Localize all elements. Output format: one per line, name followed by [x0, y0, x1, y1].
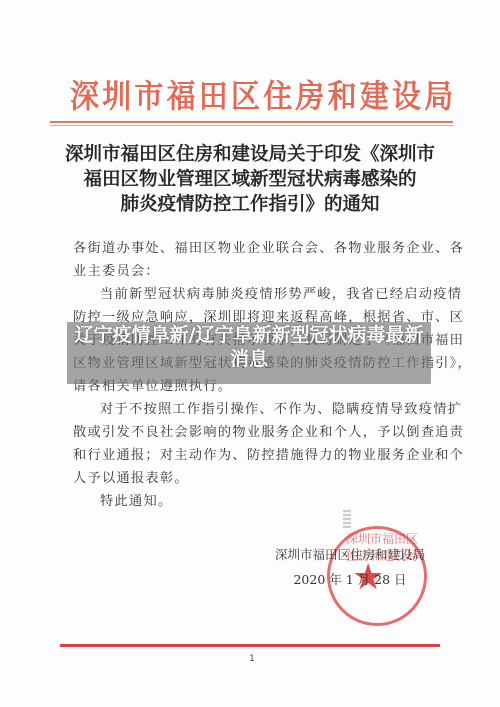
body-line: 散或引发不良社会影响的物业服务企业和个人，予以倒查追责: [73, 421, 433, 444]
body-line: 各街道办事处、福田区物业企业联合会、各物业服务企业、各: [73, 237, 433, 260]
title-line: 肺炎疫情防控工作指引》的通知: [60, 192, 440, 217]
body-line: 和行业通报；对主动作为、防控措施得力的物业服务企业和个: [73, 444, 433, 467]
document-title: 深圳市福田区住房和建设局关于印发《深圳市 福田区物业管理区域新型冠状病毒感染的 …: [60, 142, 440, 217]
body-line: 对于不按照工作指引操作、不作为、隐瞒疫情导致疫情扩: [73, 398, 433, 421]
masthead-issuer: 深圳市福田区住房和建设局: [70, 76, 432, 116]
body-line: 人予以通报表彰。: [73, 467, 433, 490]
page-number: 1: [246, 654, 258, 664]
staple-mark: [343, 510, 351, 528]
masthead-rule: [50, 121, 453, 123]
signature-date: 2020 年 1 月 28 日: [270, 567, 430, 592]
title-line: 福田区物业管理区域新型冠状病毒感染的: [60, 167, 440, 192]
masthead-rule-thin: [50, 125, 453, 126]
footer-rule: [60, 644, 440, 647]
body-line: 特此通知。: [73, 490, 433, 513]
signature-issuer: 深圳市福田区住房和建设局: [270, 542, 430, 567]
title-line: 深圳市福田区住房和建设局关于印发《深圳市: [60, 142, 440, 167]
document-page: 深圳市福田区住房和建设局 深圳市福田区住房和建设局关于印发《深圳市 福田区物业管…: [0, 0, 500, 707]
body-line: 业主委员会：: [73, 260, 433, 283]
headline-overlay-title: 辽宁疫情阜新/辽宁阜新新型冠状病毒最新消息: [67, 323, 431, 371]
signature-block: 深圳市福田区住房和建设局 2020 年 1 月 28 日: [270, 542, 430, 592]
body-line: 当前新型冠状病毒肺炎疫情形势严峻，我省已经启动疫情: [73, 283, 433, 306]
